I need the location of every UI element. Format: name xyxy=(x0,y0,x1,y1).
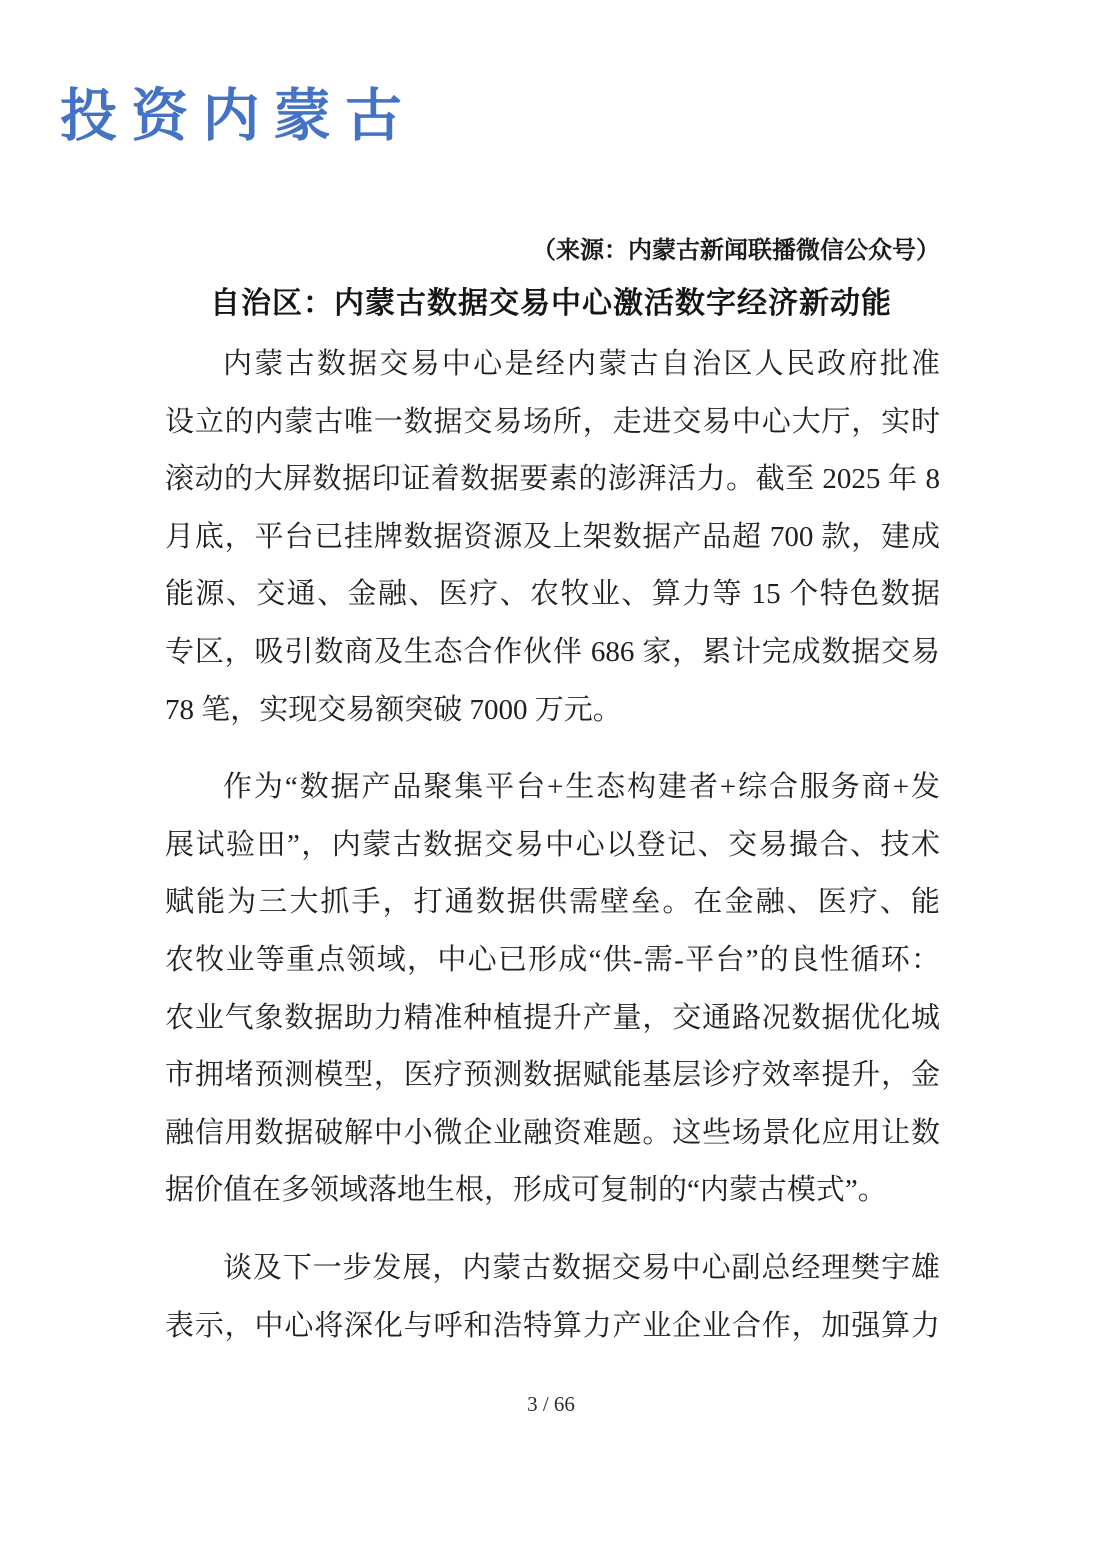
text-line: 农牧业等重点领域，中心已形成“供-需-平台”的良性循环： xyxy=(165,932,940,990)
text-line: 月底，平台已挂牌数据资源及上架数据产品超 700 款，建成 xyxy=(165,509,940,567)
paragraph: 谈及下一步发展，内蒙古数据交易中心副总经理樊宇雄表示，中心将深化与呼和浩特算力产… xyxy=(165,1240,940,1355)
text-line: 据价值在多领域落地生根，形成可复制的“内蒙古模式”。 xyxy=(165,1162,940,1220)
text-line: 内蒙古数据交易中心是经内蒙古自治区人民政府批准 xyxy=(165,336,940,394)
text-line: 谈及下一步发展，内蒙古数据交易中心副总经理樊宇雄 xyxy=(165,1240,940,1298)
document-header-title: 投 资 内 蒙 古 xyxy=(60,86,402,149)
page-number: 3 / 66 xyxy=(0,1392,1102,1417)
document-page: 投 资 内 蒙 古 （来源：内蒙古新闻联播微信公众号） 自治区：内蒙古数据交易中… xyxy=(0,0,1102,1559)
article-body: 内蒙古数据交易中心是经内蒙古自治区人民政府批准设立的内蒙古唯一数据交易场所，走进… xyxy=(165,336,940,1375)
text-line: 赋能为三大抓手，打通数据供需壁垒。在金融、医疗、能源、 xyxy=(165,874,940,932)
text-line: 设立的内蒙古唯一数据交易场所，走进交易中心大厅，实时 xyxy=(165,394,940,452)
text-line: 能源、交通、金融、医疗、农牧业、算力等 15 个特色数据 xyxy=(165,566,940,624)
text-line: 农业气象数据助力精准种植提升产量，交通路况数据优化城 xyxy=(165,990,940,1048)
text-line: 滚动的大屏数据印证着数据要素的澎湃活力。截至 2025 年 8 xyxy=(165,451,940,509)
text-line: 展试验田”，内蒙古数据交易中心以登记、交易撮合、技术 xyxy=(165,817,940,875)
paragraph: 作为“数据产品聚集平台+生态构建者+综合服务商+发展试验田”，内蒙古数据交易中心… xyxy=(165,759,940,1220)
article-title: 自治区：内蒙古数据交易中心激活数字经济新动能 xyxy=(0,278,1102,322)
text-line: 市拥堵预测模型，医疗预测数据赋能基层诊疗效率提升，金 xyxy=(165,1047,940,1105)
text-line: 融信用数据破解中小微企业融资难题。这些场景化应用让数 xyxy=(165,1105,940,1163)
text-line: 表示，中心将深化与呼和浩特算力产业企业合作，加强算力 xyxy=(165,1298,940,1356)
source-attribution: （来源：内蒙古新闻联播微信公众号） xyxy=(532,230,940,265)
text-line: 78 笔，实现交易额突破 7000 万元。 xyxy=(165,682,940,740)
paragraph: 内蒙古数据交易中心是经内蒙古自治区人民政府批准设立的内蒙古唯一数据交易场所，走进… xyxy=(165,336,940,739)
text-line: 专区，吸引数商及生态合作伙伴 686 家，累计完成数据交易 xyxy=(165,624,940,682)
text-line: 作为“数据产品聚集平台+生态构建者+综合服务商+发 xyxy=(165,759,940,817)
